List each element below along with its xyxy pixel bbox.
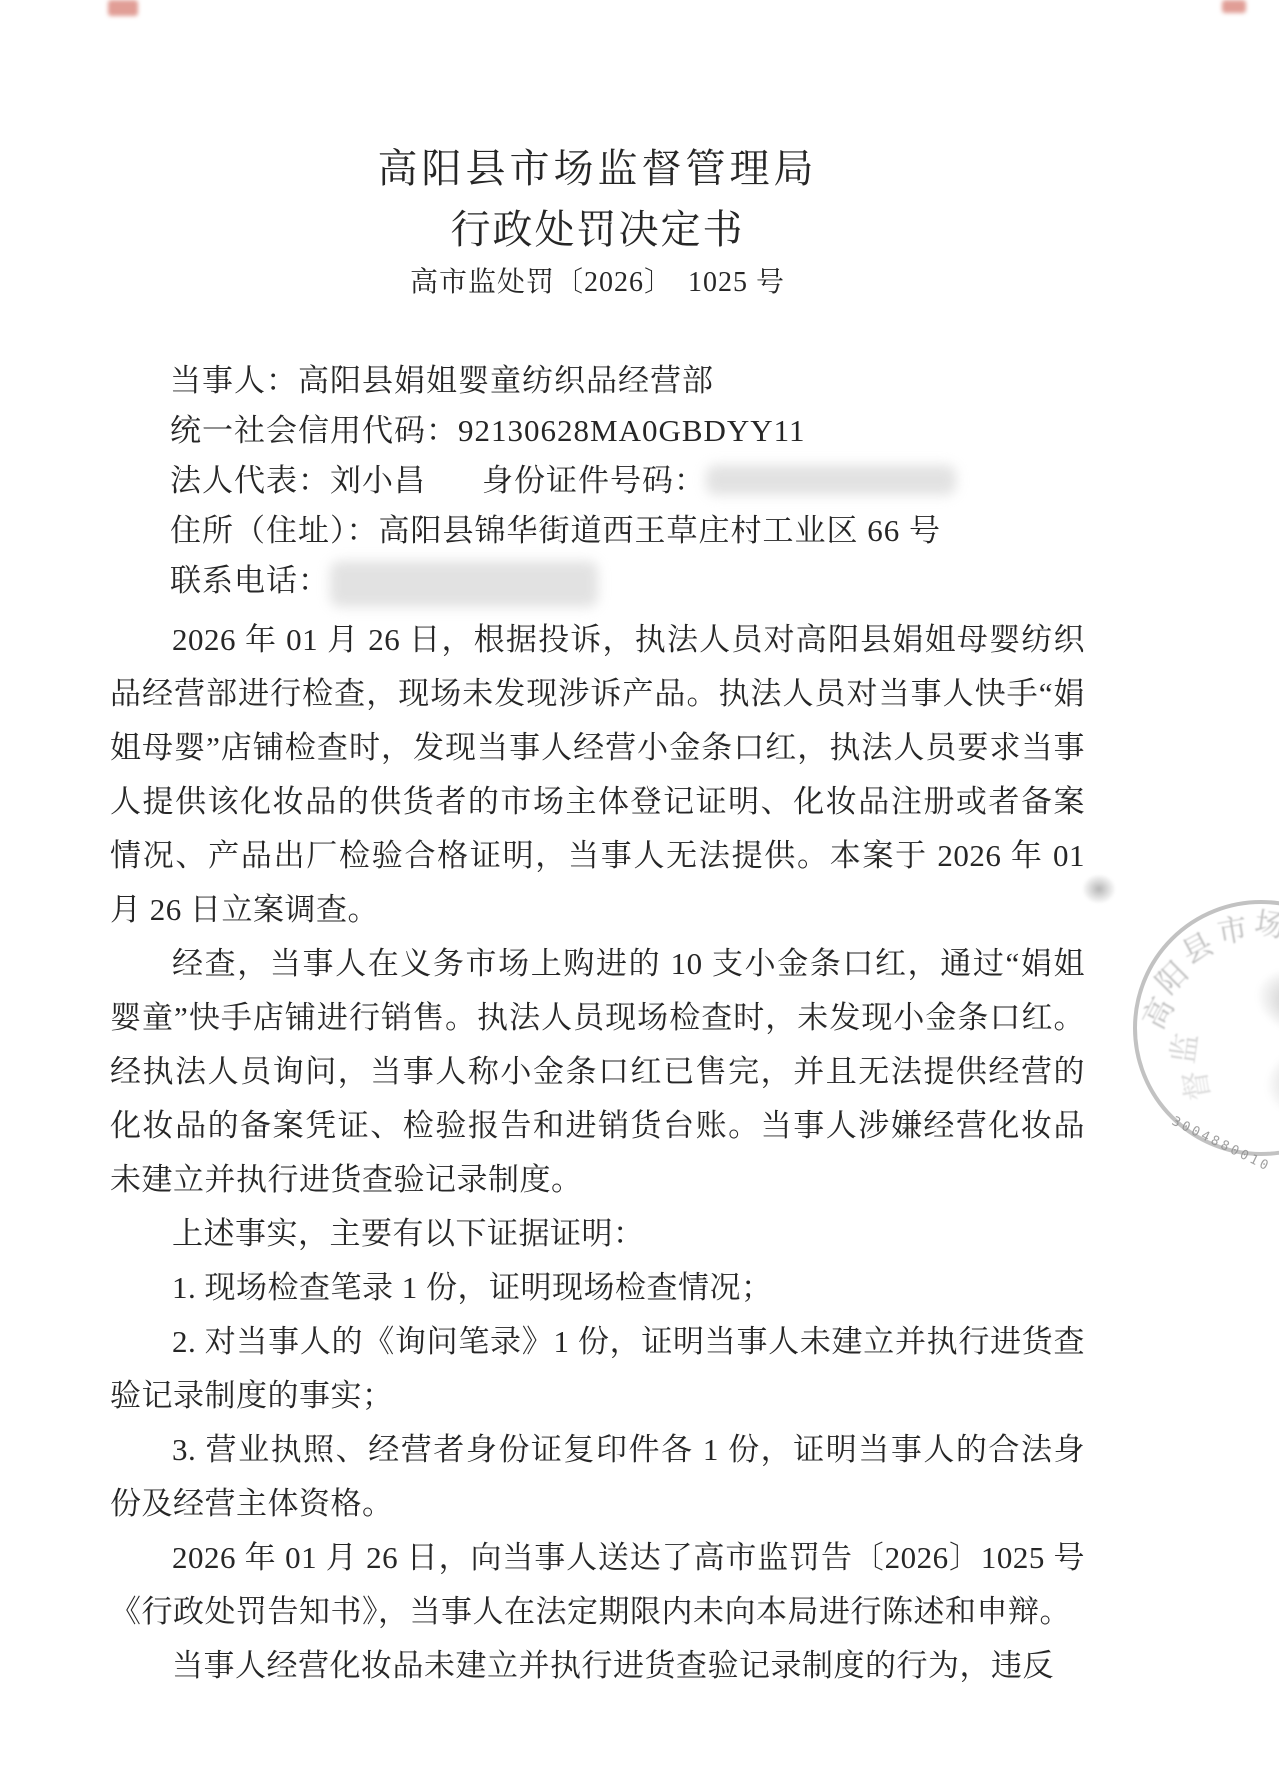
paragraph-notification: 2026 年 01 月 26 日，向当事人送达了高市监罚告〔2026〕1025 …	[110, 1531, 1085, 1639]
paragraph-findings: 经查，当事人在义务市场上购进的 10 支小金条口红，通过“娟姐婴童”快手店铺进行…	[110, 937, 1085, 1207]
seal-emblem-smudge	[1247, 957, 1279, 1047]
legal-rep-line: 法人代表：刘小昌身份证件号码：	[170, 456, 1085, 506]
seal-emblem-smudge	[1258, 1035, 1279, 1127]
address-value: 高阳县锦华街道西王草庄村工业区 66 号	[379, 513, 942, 548]
legal-rep-label: 法人代表：	[170, 463, 330, 498]
party-label: 当事人：	[170, 363, 298, 398]
phone-label: 联系电话：	[170, 563, 330, 598]
paragraph-violation: 当事人经营化妆品未建立并执行进货查验记录制度的行为，违反	[110, 1639, 1085, 1693]
uscc-line: 统一社会信用代码：92130628MA0GBDYY11	[170, 406, 1085, 456]
party-value: 高阳县娟姐婴童纺织品经营部	[298, 363, 714, 398]
phone-line: 联系电话：	[170, 556, 1085, 607]
scan-artifact-top-right	[1222, 0, 1246, 13]
paragraph-evidence-1: 1. 现场检查笔录 1 份，证明现场检查情况；	[110, 1261, 1085, 1315]
agency-title: 高阳县市场监督管理局	[110, 138, 1085, 200]
legal-rep-value: 刘小昌	[330, 463, 426, 498]
document-number: 高市监处罚〔2026〕 1025 号	[110, 260, 1085, 306]
document-type-title: 行政处罚决定书	[110, 200, 1085, 260]
document-body: 2026 年 01 月 26 日，根据投诉，执法人员对高阳县娟姐母婴纺织品经营部…	[110, 613, 1085, 1693]
seal-ink-smudge	[1082, 874, 1116, 904]
id-number-label: 身份证件号码：	[482, 463, 706, 498]
party-info-block: 当事人：高阳县娟姐婴童纺织品经营部 统一社会信用代码：92130628MA0GB…	[110, 356, 1085, 607]
paragraph-evidence-2: 2. 对当事人的《询问笔录》1 份，证明当事人未建立并执行进货查验记录制度的事实…	[110, 1315, 1085, 1423]
seal-arc-char: 督	[1170, 1067, 1219, 1104]
document-content: 高阳县市场监督管理局 行政处罚决定书 高市监处罚〔2026〕 1025 号 当事…	[110, 138, 1085, 1693]
seal-arc-char: 监	[1158, 1030, 1206, 1066]
phone-redacted	[330, 561, 598, 607]
uscc-label: 统一社会信用代码：	[170, 413, 458, 448]
uscc-value: 92130628MA0GBDYY11	[458, 413, 806, 448]
party-line: 当事人：高阳县娟姐婴童纺织品经营部	[170, 356, 1085, 406]
scan-artifact-top-left	[108, 0, 138, 16]
address-label: 住所（住址）：	[170, 513, 379, 548]
seal-code-digits: 3004880010	[1169, 1114, 1273, 1175]
paragraph-evidence-3: 3. 营业执照、经营者身份证复印件各 1 份，证明当事人的合法身份及经营主体资格…	[110, 1423, 1085, 1531]
paragraph-inspection: 2026 年 01 月 26 日，根据投诉，执法人员对高阳县娟姐母婴纺织品经营部…	[110, 613, 1085, 937]
id-number-redacted	[706, 465, 956, 495]
official-seal: 高 阳 县 市 场 监 督 3004880010	[1133, 900, 1279, 1156]
address-line: 住所（住址）：高阳县锦华街道西王草庄村工业区 66 号	[170, 506, 1085, 556]
seal-arc-char: 市	[1213, 904, 1250, 953]
seal-arc-char: 场	[1252, 898, 1279, 946]
paragraph-evidence-intro: 上述事实，主要有以下证据证明：	[110, 1207, 1085, 1261]
scanned-document-page: 高阳县市场监督管理局 行政处罚决定书 高市监处罚〔2026〕 1025 号 当事…	[0, 0, 1279, 1789]
